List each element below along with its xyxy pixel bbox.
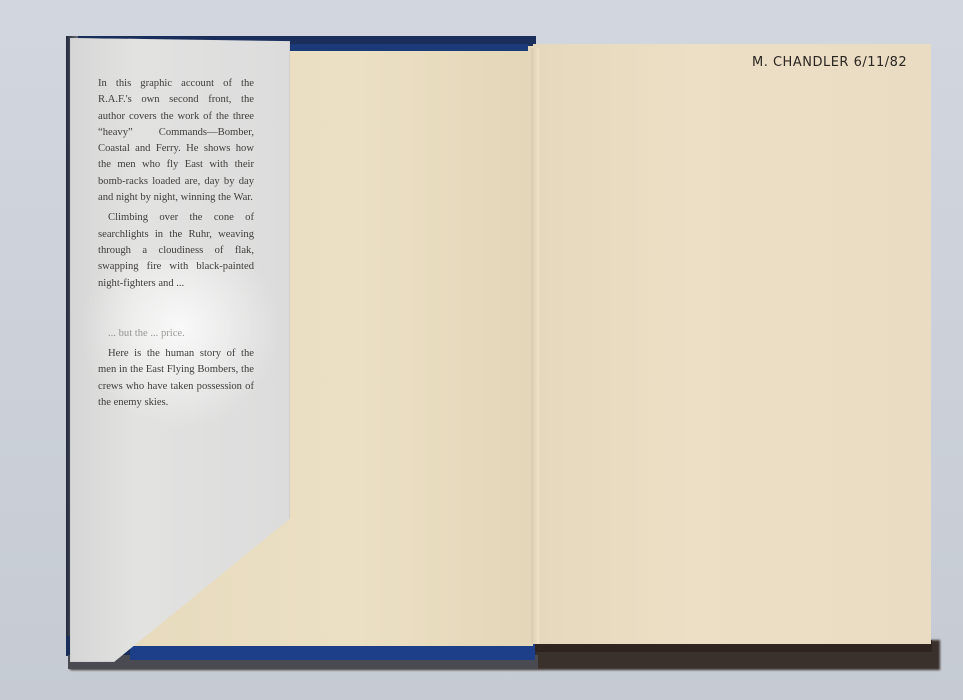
cover-top-edge	[286, 44, 528, 51]
flap-blurb: In this graphic account of the R.A.F.'s …	[98, 76, 254, 411]
blurb-paragraph: Climbing over the cone of searchlights i…	[98, 210, 254, 291]
gutter	[531, 48, 539, 644]
blurb-paragraph: ... but the ... price.	[98, 326, 254, 342]
front-free-endpaper	[533, 44, 931, 644]
cover-cloth-edge	[130, 644, 535, 660]
blurb-paragraph: Here is the human story of the men in th…	[98, 346, 254, 411]
owner-inscription: M. CHANDLER 6/11/82	[752, 55, 907, 70]
blurb-paragraph: In this graphic account of the R.A.F.'s …	[98, 76, 254, 206]
